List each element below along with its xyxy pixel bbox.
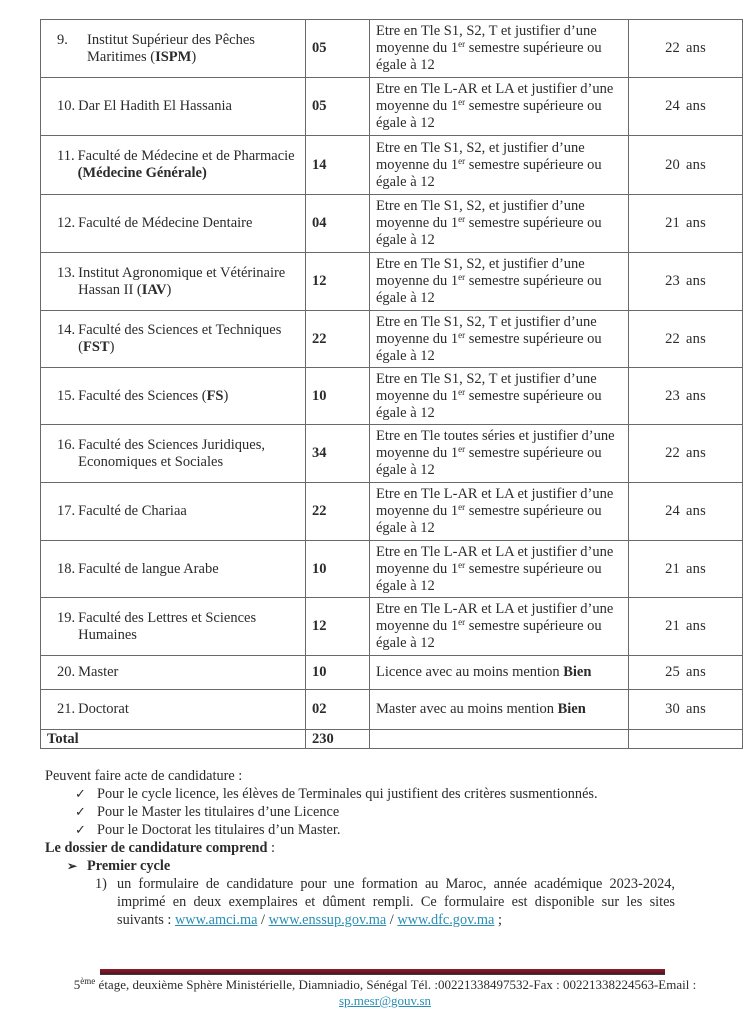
institution-cell: 9.Institut Supérieur des Pêches Maritime… <box>41 20 306 78</box>
conditions-cell: Master avec au moins mention Bien <box>370 690 629 730</box>
eligibility-item: ✓Pour le cycle licence, les élèves de Te… <box>75 785 705 803</box>
age-limit-cell: 22ans <box>629 311 743 368</box>
total-label: Total <box>41 730 306 749</box>
age-limit-cell: 24ans <box>629 78 743 136</box>
eligibility-item: ✓Pour le Master les titulaires d’une Lic… <box>75 803 705 821</box>
table-row: 11.Faculté de Médecine et de Pharmacie (… <box>41 136 743 195</box>
table-row: 21.Doctorat02Master avec au moins mentio… <box>41 690 743 730</box>
institution-name: Doctorat <box>78 701 299 718</box>
age-limit-cell: 25ans <box>629 656 743 690</box>
conditions-cell: Etre en Tle S1, S2, et justifier d’une m… <box>370 136 629 195</box>
age-limit-cell: 22ans <box>629 20 743 78</box>
table-row: 9.Institut Supérieur des Pêches Maritime… <box>41 20 743 78</box>
places-cell: 05 <box>306 78 370 136</box>
table-row: 20.Master10Licence avec au moins mention… <box>41 656 743 690</box>
conditions-cell: Etre en Tle L-AR et LA et justifier d’un… <box>370 483 629 541</box>
conditions-cell: Etre en Tle L-AR et LA et justifier d’un… <box>370 78 629 136</box>
institution-cell: 17.Faculté de Chariaa <box>41 483 306 541</box>
institution-cell: 15.Faculté des Sciences (FS) <box>41 368 306 425</box>
empty-cell <box>629 730 743 749</box>
total-places: 230 <box>306 730 370 749</box>
conditions-cell: Etre en Tle S1, S2, T et justifier d’une… <box>370 311 629 368</box>
table-row: 19.Faculté des Lettres et Sciences Humai… <box>41 598 743 656</box>
table-row: 17.Faculté de Chariaa22Etre en Tle L-AR … <box>41 483 743 541</box>
institution-name: Faculté de Médecine et de Pharmacie (Méd… <box>78 148 299 182</box>
institution-cell: 18.Faculté de langue Arabe <box>41 541 306 598</box>
places-cell: 02 <box>306 690 370 730</box>
institution-cell: 10.Dar El Hadith El Hassania <box>41 78 306 136</box>
places-cell: 10 <box>306 368 370 425</box>
institution-name: Faculté des Sciences et Techniques (FST) <box>78 322 299 356</box>
dossier-item-1: 1) un formulaire de candidature pour une… <box>45 875 705 929</box>
eligibility-intro: Peuvent faire acte de candidature : <box>45 767 705 785</box>
footer-address: 5ème étage, deuxième Sphère Ministériell… <box>60 977 710 1009</box>
conditions-cell: Etre en Tle toutes séries et justifier d… <box>370 425 629 483</box>
places-cell: 22 <box>306 483 370 541</box>
places-cell: 05 <box>306 20 370 78</box>
link-enssup[interactable]: www.enssup.gov.ma <box>269 912 387 928</box>
institution-name: Faculté de Chariaa <box>78 503 299 520</box>
places-cell: 14 <box>306 136 370 195</box>
places-cell: 12 <box>306 598 370 656</box>
institution-name: Faculté de langue Arabe <box>78 561 299 578</box>
institution-name: Faculté des Sciences (FS) <box>78 388 299 405</box>
places-cell: 04 <box>306 195 370 253</box>
age-limit-cell: 23ans <box>629 368 743 425</box>
institution-name: Master <box>78 664 299 681</box>
institution-name: Institut Agronomique et Vétérinaire Hass… <box>78 265 299 299</box>
institution-cell: 16.Faculté des Sciences Juridiques, Econ… <box>41 425 306 483</box>
age-limit-cell: 30ans <box>629 690 743 730</box>
institution-cell: 21.Doctorat <box>41 690 306 730</box>
application-info: Peuvent faire acte de candidature : ✓Pou… <box>45 767 705 929</box>
conditions-cell: Etre en Tle S1, S2, T et justifier d’une… <box>370 20 629 78</box>
age-limit-cell: 24ans <box>629 483 743 541</box>
dossier-heading: Le dossier de candidature comprend : <box>45 839 705 857</box>
conditions-cell: Etre en Tle S1, S2, T et justifier d’une… <box>370 368 629 425</box>
institution-cell: 20.Master <box>41 656 306 690</box>
table-row: 10.Dar El Hadith El Hassania05Etre en Tl… <box>41 78 743 136</box>
institution-name: Institut Supérieur des Pêches Maritimes … <box>87 32 299 66</box>
table-row: 14.Faculté des Sciences et Techniques (F… <box>41 311 743 368</box>
age-limit-cell: 21ans <box>629 195 743 253</box>
eligibility-item: ✓Pour le Doctorat les titulaires d’un Ma… <box>75 821 705 839</box>
institution-name: Faculté des Sciences Juridiques, Economi… <box>78 437 299 471</box>
eligibility-list: ✓Pour le cycle licence, les élèves de Te… <box>45 785 705 839</box>
age-limit-cell: 21ans <box>629 598 743 656</box>
checkmark-icon: ✓ <box>75 821 86 839</box>
table-row: 16.Faculté des Sciences Juridiques, Econ… <box>41 425 743 483</box>
places-cell: 10 <box>306 656 370 690</box>
places-cell: 34 <box>306 425 370 483</box>
footer-divider <box>100 969 665 975</box>
table-row: 12.Faculté de Médecine Dentaire04Etre en… <box>41 195 743 253</box>
link-amci[interactable]: www.amci.ma <box>175 912 257 928</box>
total-row: Total230 <box>41 730 743 749</box>
age-limit-cell: 22ans <box>629 425 743 483</box>
email-link[interactable]: sp.mesr@gouv.sn <box>339 993 431 1008</box>
places-cell: 12 <box>306 253 370 311</box>
section-premier-cycle: ➢ Premier cycle <box>45 857 705 875</box>
conditions-cell: Etre en Tle L-AR et LA et justifier d’un… <box>370 598 629 656</box>
table-row: 18.Faculté de langue Arabe10Etre en Tle … <box>41 541 743 598</box>
institution-name: Faculté de Médecine Dentaire <box>78 215 299 232</box>
age-limit-cell: 21ans <box>629 541 743 598</box>
institution-name: Dar El Hadith El Hassania <box>78 98 299 115</box>
age-limit-cell: 20ans <box>629 136 743 195</box>
link-dfc[interactable]: www.dfc.gov.ma <box>397 912 494 928</box>
institution-cell: 14.Faculté des Sciences et Techniques (F… <box>41 311 306 368</box>
institution-cell: 12.Faculté de Médecine Dentaire <box>41 195 306 253</box>
checkmark-icon: ✓ <box>75 785 86 803</box>
table-row: 15.Faculté des Sciences (FS)10Etre en Tl… <box>41 368 743 425</box>
institution-cell: 11.Faculté de Médecine et de Pharmacie (… <box>41 136 306 195</box>
table-row: 13.Institut Agronomique et Vétérinaire H… <box>41 253 743 311</box>
institution-name: Faculté des Lettres et Sciences Humaines <box>78 610 299 644</box>
programs-table: 9.Institut Supérieur des Pêches Maritime… <box>40 19 743 749</box>
conditions-cell: Etre en Tle S1, S2, et justifier d’une m… <box>370 195 629 253</box>
empty-cell <box>370 730 629 749</box>
age-limit-cell: 23ans <box>629 253 743 311</box>
arrow-bullet-icon: ➢ <box>67 857 87 875</box>
conditions-cell: Etre en Tle L-AR et LA et justifier d’un… <box>370 541 629 598</box>
institution-cell: 13.Institut Agronomique et Vétérinaire H… <box>41 253 306 311</box>
conditions-cell: Licence avec au moins mention Bien <box>370 656 629 690</box>
places-cell: 22 <box>306 311 370 368</box>
places-cell: 10 <box>306 541 370 598</box>
institution-cell: 19.Faculté des Lettres et Sciences Humai… <box>41 598 306 656</box>
conditions-cell: Etre en Tle S1, S2, et justifier d’une m… <box>370 253 629 311</box>
checkmark-icon: ✓ <box>75 803 86 821</box>
